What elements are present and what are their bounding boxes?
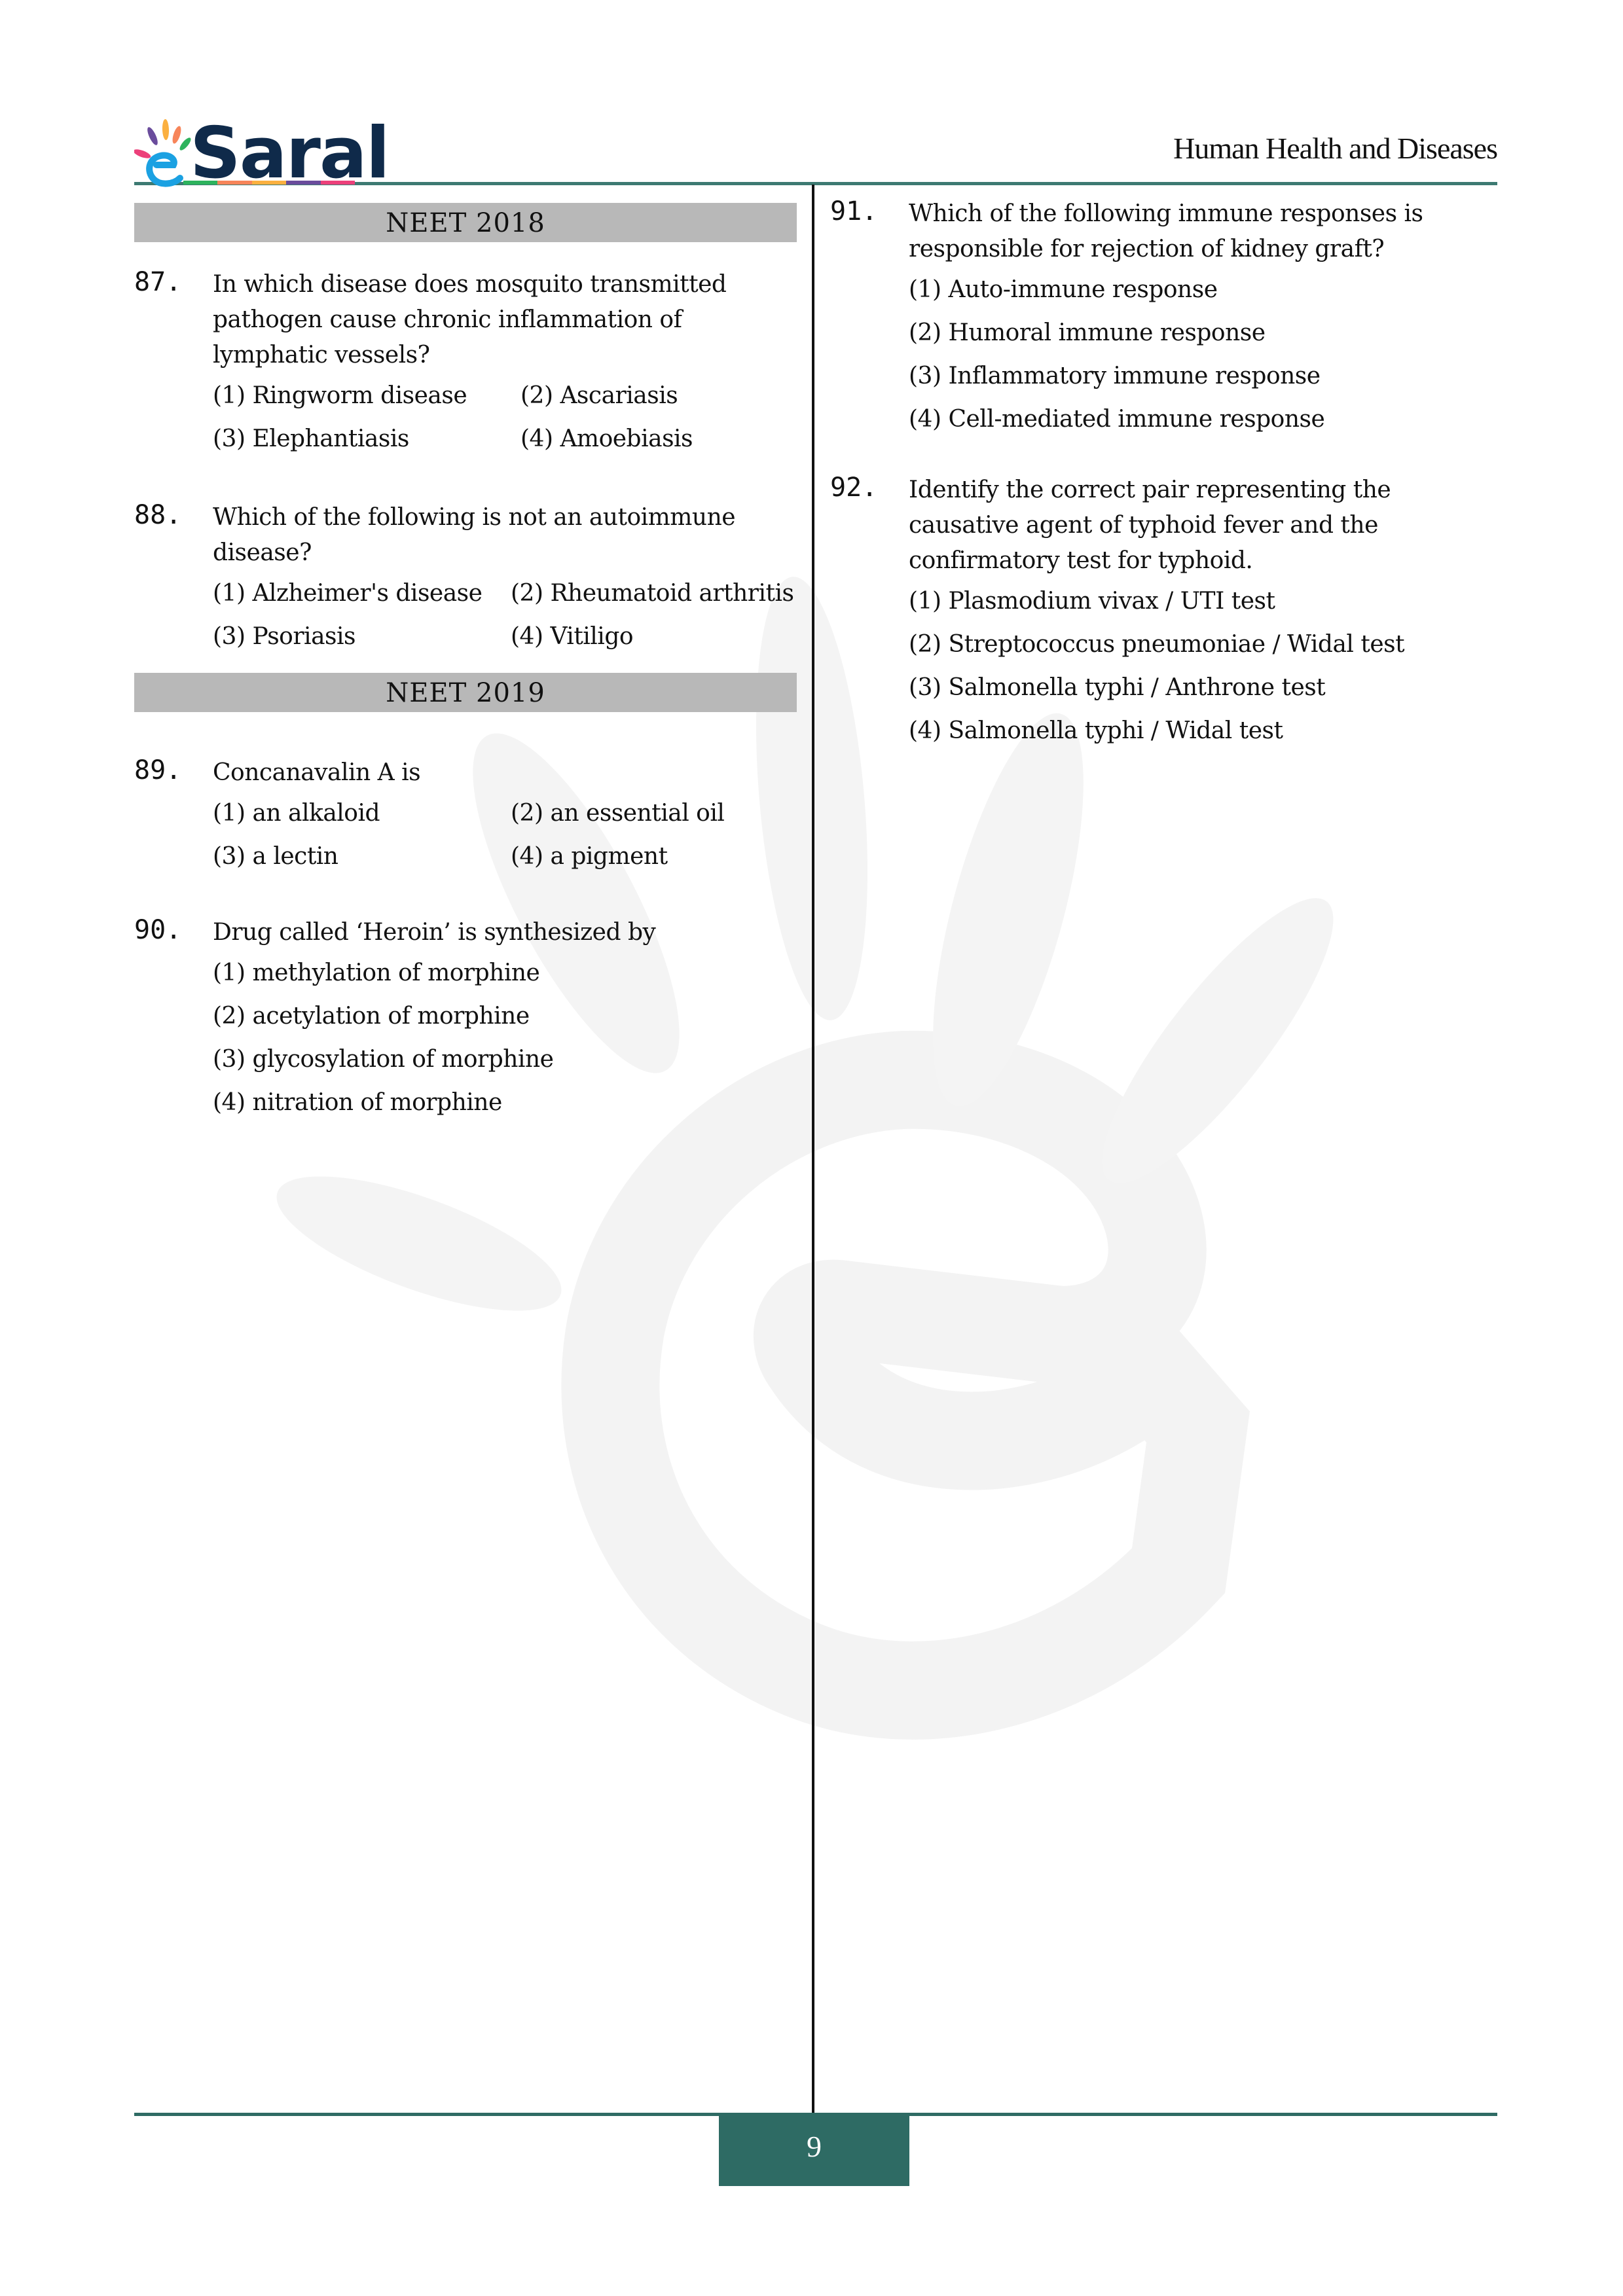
option-3: (3) Psoriasis bbox=[213, 619, 511, 655]
question-number: 87. bbox=[134, 267, 181, 297]
question-89: 89. Concanavalin A is (1) an alkaloid (2… bbox=[134, 755, 797, 874]
question-text: In which disease does mosquito transmitt… bbox=[213, 267, 797, 373]
chapter-title: Human Health and Diseases bbox=[1173, 131, 1497, 166]
question-91: 91. Which of the following immune respon… bbox=[830, 196, 1498, 437]
option-1: (1) Ringworm disease bbox=[213, 378, 520, 414]
brand-color-stripe bbox=[183, 181, 355, 185]
option-3: (3) Inflammatory immune response bbox=[909, 359, 1498, 394]
option-1: (1) Plasmodium vivax / UTI test bbox=[909, 584, 1498, 619]
option-3: (3) glycosylation of morphine bbox=[213, 1042, 797, 1077]
option-2: (2) Humoral immune response bbox=[909, 315, 1498, 351]
column-divider bbox=[812, 185, 814, 2115]
option-1: (1) Auto-immune response bbox=[909, 272, 1498, 308]
option-3: (3) Salmonella typhi / Anthrone test bbox=[909, 670, 1498, 706]
question-text: Identify the correct pair representing t… bbox=[909, 473, 1498, 579]
option-4: (4) Amoebiasis bbox=[520, 422, 797, 457]
option-3: (3) Elephantiasis bbox=[213, 422, 520, 457]
option-4: (4) Salmonella typhi / Widal test bbox=[909, 713, 1498, 749]
option-1: (1) methylation of morphine bbox=[213, 956, 797, 991]
question-90: 90. Drug called ‘Heroin’ is synthesized … bbox=[134, 915, 797, 1121]
esaral-hand-logo-icon bbox=[134, 118, 193, 190]
option-3: (3) a lectin bbox=[213, 839, 511, 874]
question-text: Drug called ‘Heroin’ is synthesized by bbox=[213, 915, 797, 950]
question-number: 89. bbox=[134, 755, 181, 785]
section-header-neet-2019: NEET 2019 bbox=[134, 673, 797, 712]
question-87: 87. In which disease does mosquito trans… bbox=[134, 267, 797, 457]
option-2: (2) acetylation of morphine bbox=[213, 999, 797, 1034]
question-number: 90. bbox=[134, 915, 181, 945]
option-1: (1) Alzheimer's disease bbox=[213, 576, 511, 611]
option-4: (4) a pigment bbox=[511, 839, 797, 874]
question-92: 92. Identify the correct pair representi… bbox=[830, 473, 1498, 749]
left-column: NEET 2018 87. In which disease does mosq… bbox=[134, 196, 797, 1128]
right-column: 91. Which of the following immune respon… bbox=[830, 196, 1498, 757]
question-number: 91. bbox=[830, 196, 877, 226]
option-4: (4) Vitiligo bbox=[511, 619, 797, 655]
option-4: (4) Cell-mediated immune response bbox=[909, 402, 1498, 437]
question-text: Which of the following immune responses … bbox=[909, 196, 1498, 267]
question-88: 88. Which of the following is not an aut… bbox=[134, 500, 797, 655]
question-text: Which of the following is not an autoimm… bbox=[213, 500, 797, 571]
question-number: 88. bbox=[134, 500, 181, 530]
option-4: (4) nitration of morphine bbox=[213, 1085, 797, 1121]
option-2: (2) an essential oil bbox=[511, 796, 797, 831]
option-2: (2) Streptococcus pneumoniae / Widal tes… bbox=[909, 627, 1498, 662]
option-1: (1) an alkaloid bbox=[213, 796, 511, 831]
option-2: (2) Rheumatoid arthritis bbox=[511, 576, 797, 611]
option-2: (2) Ascariasis bbox=[520, 378, 797, 414]
page-number: 9 bbox=[719, 2113, 909, 2186]
question-number: 92. bbox=[830, 473, 877, 503]
section-header-neet-2018: NEET 2018 bbox=[134, 203, 797, 242]
question-text: Concanavalin A is bbox=[213, 755, 797, 791]
brand-name: Saral bbox=[190, 118, 389, 190]
